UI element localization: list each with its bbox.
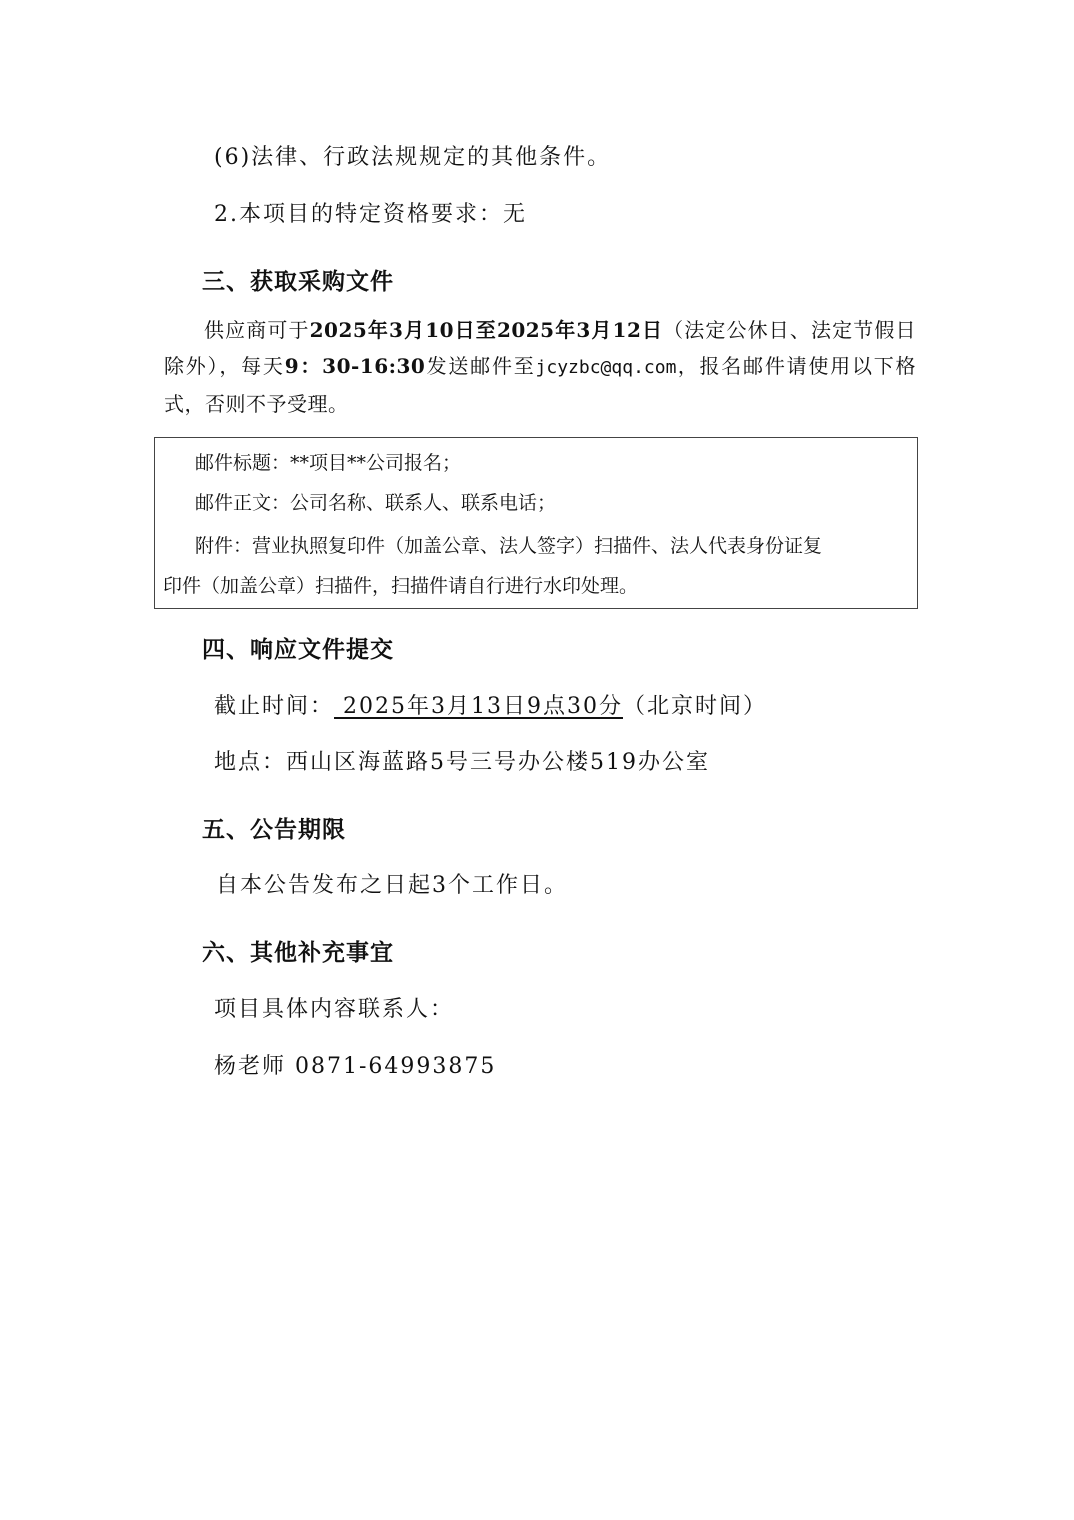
para-prefix: 供应商可于 <box>204 318 310 342</box>
email-format-box: 邮件标题：**项目**公司报名； 邮件正文：公司名称、联系人、联系电话； 附件：… <box>154 437 918 609</box>
date-range: 2025年3月10日至2025年3月12日 <box>310 318 663 342</box>
deadline-label: 截止时间： <box>214 694 334 719</box>
section-4-heading: 四、响应文件提交 <box>202 635 394 665</box>
time-range: 9：30-16:30 <box>285 354 426 378</box>
email-body-format: 邮件正文：公司名称、联系人、联系电话； <box>195 488 556 518</box>
section-5-heading: 五、公告期限 <box>202 815 346 845</box>
announcement-period-text: 自本公告发布之日起3个工作日。 <box>216 871 568 901</box>
contact-person-phone: 杨老师 0871-64993875 <box>214 1052 496 1082</box>
email-attachment-format-line-1: 附件：营业执照复印件（加盖公章、法人签字）扫描件、法人代表身份证复 <box>195 531 822 561</box>
deadline-suffix: （北京时间） <box>623 694 767 719</box>
para-mid2: 发送邮件至 <box>425 354 535 378</box>
requirement-item-6: (6)法律、行政法规规定的其他条件。 <box>214 143 611 173</box>
section-3-heading: 三、获取采购文件 <box>202 267 394 297</box>
section-3-paragraph: 供应商可于2025年3月10日至2025年3月12日（法定公休日、法定节假日除外… <box>164 312 916 422</box>
deadline-line: 截止时间： 2025年3月13日9点30分（北京时间） <box>214 692 767 722</box>
email-address: jcyzbc@qq.com <box>536 357 677 378</box>
section-6-heading: 六、其他补充事宜 <box>202 938 394 968</box>
deadline-value: 2025年3月13日9点30分 <box>334 694 623 719</box>
email-subject-format: 邮件标题：**项目**公司报名； <box>195 448 461 478</box>
submission-location: 地点：西山区海蓝路5号三号办公楼519办公室 <box>214 748 710 778</box>
email-attachment-format-line-2: 印件（加盖公章）扫描件，扫描件请自行进行水印处理。 <box>163 571 638 601</box>
specific-qualification-requirement: 2.本项目的特定资格要求：无 <box>214 200 527 230</box>
contact-label: 项目具体内容联系人： <box>214 995 454 1025</box>
